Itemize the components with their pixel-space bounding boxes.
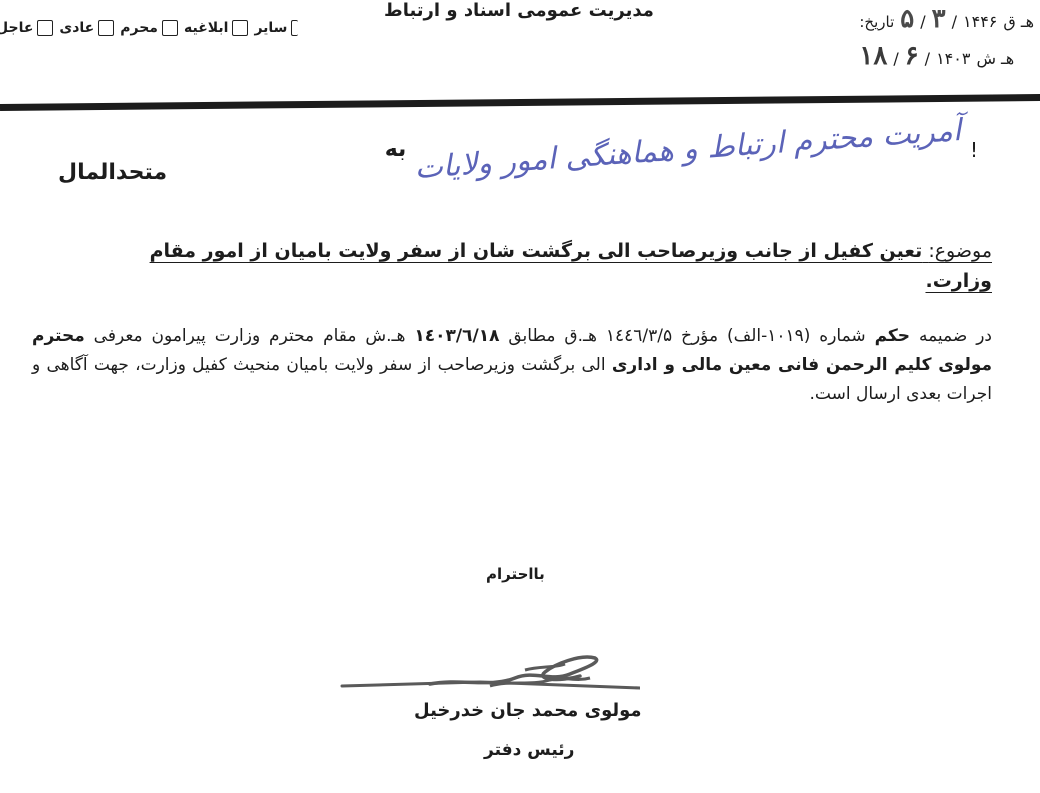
priority-label: محرم [120, 20, 158, 36]
day-value: ۱۸ [859, 39, 887, 73]
date-block: تاریخ: ۵ / ۳ / ۱۴۴۶ هـ ق ۱۸ / ۶ / ۱۴۰۳ ه… [859, 2, 1034, 76]
priority-label: عادی [59, 20, 94, 36]
date-hijri-qamari: تاریخ: ۵ / ۳ / ۱۴۴۶ هـ ق [859, 2, 1034, 39]
date-label: تاریخ: [859, 5, 894, 39]
body-emphasis: حکم [875, 326, 910, 346]
priority-checkboxes: عاجل عادی محرم ابلاغیه سایر [0, 20, 298, 36]
priority-option-other[interactable]: سایر [254, 20, 298, 36]
date-separator: / [920, 5, 925, 39]
priority-label: سایر [254, 20, 287, 36]
subject-line: موضوع: تعین کفیل از جانب وزیرصاحب الی بر… [92, 236, 992, 296]
body-text: در ضمیمه [919, 326, 992, 346]
checkbox-icon[interactable] [162, 20, 178, 36]
circular-label: متحدالمال [58, 160, 167, 185]
closing-regards: بااحترام [486, 565, 545, 583]
month-value: ۶ [905, 39, 919, 73]
subject-label: موضوع: [928, 240, 992, 262]
header-divider [0, 94, 1040, 111]
year-value: ۱۴۴۶ [963, 5, 997, 39]
priority-option-confidential[interactable]: محرم [120, 20, 178, 36]
calendar-suffix: هـ ق [1003, 5, 1034, 39]
date-hijri-shamsi: ۱۸ / ۶ / ۱۴۰۳ هـ ش [859, 39, 1034, 76]
department-title: مدیریت عمومی اسناد و ارتباط [384, 0, 654, 21]
subject-text: تعین کفیل از جانب وزیرصاحب الی برگشت شان… [150, 240, 992, 292]
signer-name: مولوی محمد جان خدرخیل [414, 700, 642, 721]
letter-body: در ضمیمه حکم شماره (۱۰۱۹-الف) مؤرخ ۱٤٤٦/… [32, 322, 992, 409]
body-text: شماره (۱۰۱۹-الف) مؤرخ ۱٤٤٦/۳/۵ هـ.ق مطاب… [508, 326, 865, 346]
signer-title: رئیس دفتر [484, 740, 574, 760]
month-value: ۳ [932, 2, 946, 36]
priority-option-announcement[interactable]: ابلاغیه [184, 20, 248, 36]
priority-label: عاجل [0, 20, 33, 36]
addressee-punctuation: ! [970, 138, 978, 162]
signature-icon [340, 652, 640, 702]
checkbox-icon[interactable] [98, 20, 114, 36]
day-value: ۵ [900, 2, 914, 36]
body-text: هـ.ش مقام محترم وزارت پیرامون معرفی [94, 326, 406, 346]
year-value: ۱۴۰۳ [936, 42, 970, 76]
checkbox-icon[interactable] [291, 20, 298, 36]
handwritten-addressee: آمریت محترم ارتباط و هماهنگی امور ولایات [414, 113, 963, 186]
addressee-prefix: به [385, 137, 407, 162]
checkbox-icon[interactable] [232, 20, 248, 36]
checkbox-icon[interactable] [37, 20, 53, 36]
priority-option-normal[interactable]: عادی [59, 20, 114, 36]
priority-option-urgent[interactable]: عاجل [0, 20, 53, 36]
date-separator: / [952, 5, 957, 39]
body-emphasis-date: ۱٤۰۳/٦/۱۸ [414, 326, 499, 346]
priority-label: ابلاغیه [184, 20, 228, 36]
date-separator: / [893, 42, 898, 76]
addressee-line: به آمریت محترم ارتباط و هماهنگی امور ولا… [385, 132, 992, 167]
date-separator: / [925, 42, 930, 76]
calendar-suffix: هـ ش [976, 42, 1014, 76]
